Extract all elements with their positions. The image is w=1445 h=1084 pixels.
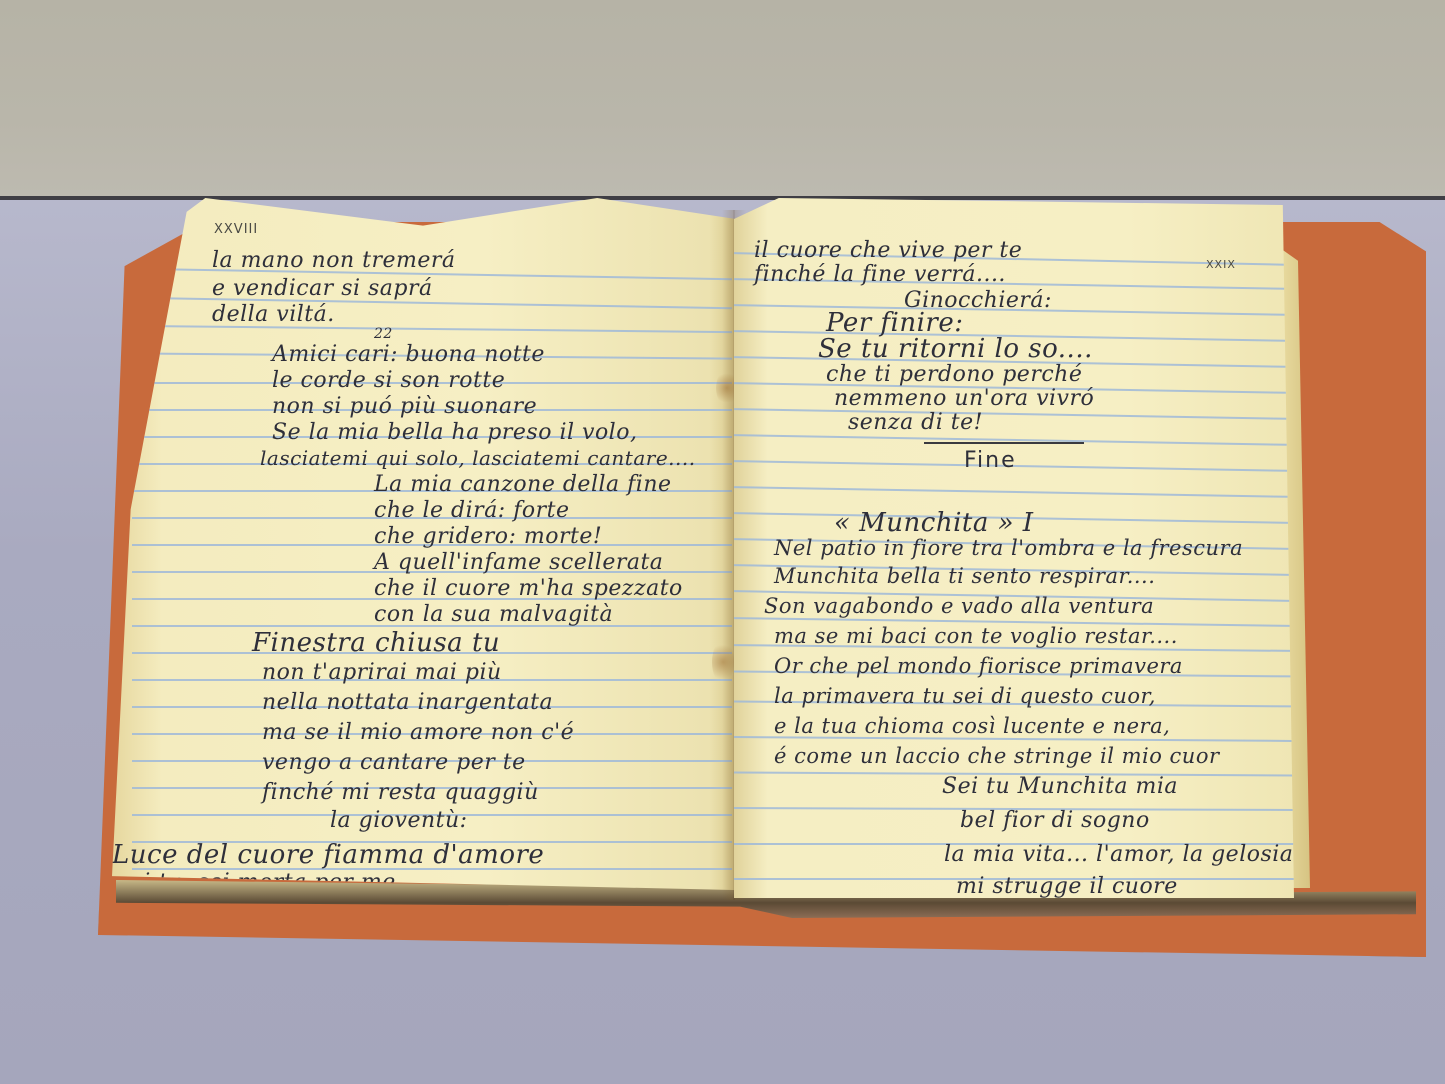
handwritten-line: le corde si son rotte xyxy=(272,368,505,393)
handwritten-line: Amici cari: buona notte xyxy=(272,342,545,367)
page-number: XXVIII xyxy=(214,222,258,237)
handwritten-line: il cuore che vive per te xyxy=(754,238,1022,263)
handwritten-line: che il cuore m'ha spezzato xyxy=(374,576,683,601)
handwritten-line: la mano non tremerá xyxy=(212,248,456,273)
handwritten-line: Sei tu Munchita mia xyxy=(942,774,1178,799)
rule-line xyxy=(734,434,1294,446)
handwritten-line: A quell'infame scellerata xyxy=(374,550,663,575)
handwritten-line: e vendicar si saprá xyxy=(212,276,433,301)
handwritten-line: mi strugge il cuore xyxy=(956,874,1178,898)
divider-line xyxy=(924,442,1084,444)
handwritten-line: finché la fine verrá.... xyxy=(754,262,1006,287)
handwritten-line: nemmeno un'ora vivró xyxy=(834,386,1094,411)
handwritten-line: La mia canzone della fine xyxy=(374,472,672,497)
handwritten-line: che gridero: morte! xyxy=(374,524,602,549)
handwritten-line: Luce del cuore fiamma d'amore xyxy=(112,840,544,870)
handwritten-line: ma se il mio amore non c'é xyxy=(262,720,574,745)
handwritten-line: finché mi resta quaggiù xyxy=(262,780,539,805)
end-marker: Fine xyxy=(964,448,1017,473)
handwritten-line: lasciatemi qui solo, lasciatemi cantare.… xyxy=(260,446,696,470)
rule-line xyxy=(734,486,1294,498)
handwritten-line: Se la mia bella ha preso il volo, xyxy=(272,420,637,445)
handwritten-line: vengo a cantare per te xyxy=(262,750,526,775)
handwritten-line: Finestra chiusa tu xyxy=(252,628,500,658)
page-number: XXIX xyxy=(1206,258,1236,271)
handwritten-line: la primavera tu sei di questo cuor, xyxy=(774,684,1156,708)
left-page: XXVIII la mano non tremerá e vendicar si… xyxy=(112,198,734,890)
stain xyxy=(712,640,734,684)
handwritten-line: Son vagabondo e vado alla ventura xyxy=(764,594,1154,618)
handwritten-line: nella nottata inargentata xyxy=(262,690,553,715)
handwritten-line: é come un laccio che stringe il mio cuor xyxy=(774,744,1220,768)
handwritten-line: che le dirá: forte xyxy=(374,498,569,523)
handwritten-line: la mia vita... l'amor, la gelosia xyxy=(944,842,1293,867)
handwritten-line: senza di te! xyxy=(848,410,983,435)
song-title: « Munchita » I xyxy=(834,508,1034,538)
handwritten-line: e la tua chioma così lucente e nera, xyxy=(774,714,1170,738)
handwritten-line: Se tu ritorni lo so.... xyxy=(818,334,1093,364)
background-wall xyxy=(0,0,1445,198)
handwritten-line: della viltá. xyxy=(212,302,335,327)
handwritten-line: Nel patio in fiore tra l'ombra e la fres… xyxy=(774,536,1243,560)
handwritten-line: bel fior di sogno xyxy=(960,808,1150,833)
handwritten-line: che ti perdono perché xyxy=(826,362,1082,387)
handwritten-line: Or che pel mondo fiorisce primavera xyxy=(774,654,1183,678)
handwritten-line: Munchita bella ti sento respirar.... xyxy=(774,564,1155,588)
song-number: 22 xyxy=(374,326,393,342)
handwritten-line: non si puó più suonare xyxy=(272,394,537,419)
handwritten-line: ma se mi baci con te voglio restar.... xyxy=(774,624,1178,648)
handwritten-line: non t'aprirai mai più xyxy=(262,660,502,685)
handwritten-line: con la sua malvagità xyxy=(374,602,613,627)
right-page: XXIX il cuore che vive per te finché la … xyxy=(734,198,1294,898)
handwritten-line: la gioventù: xyxy=(330,808,468,833)
